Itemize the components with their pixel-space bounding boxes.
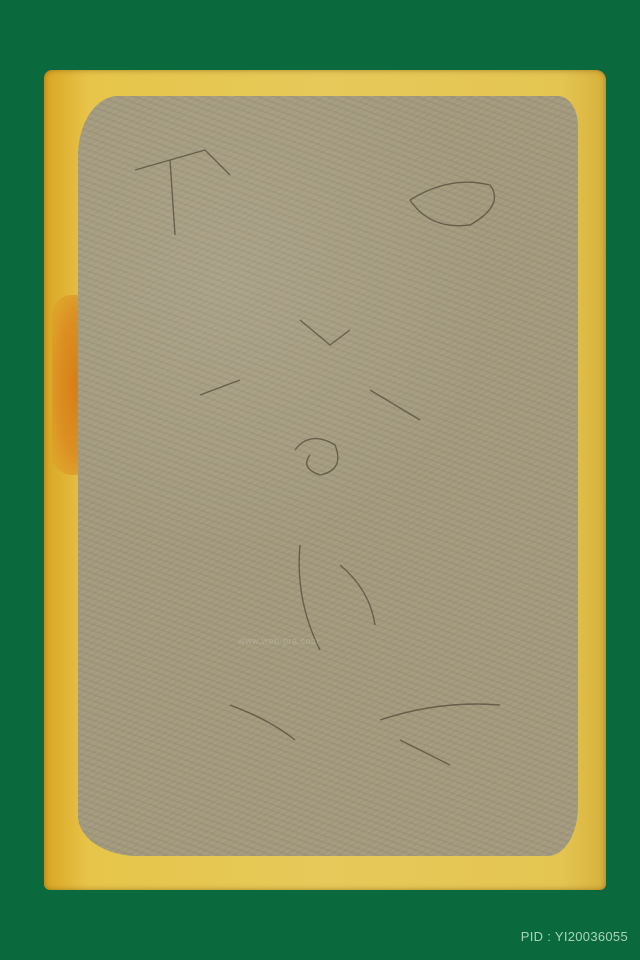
watermark-text: www.web-pra.com: [238, 636, 319, 646]
product-id-caption: PID : YI20036055: [521, 929, 628, 944]
inscription-marks: [0, 0, 640, 960]
